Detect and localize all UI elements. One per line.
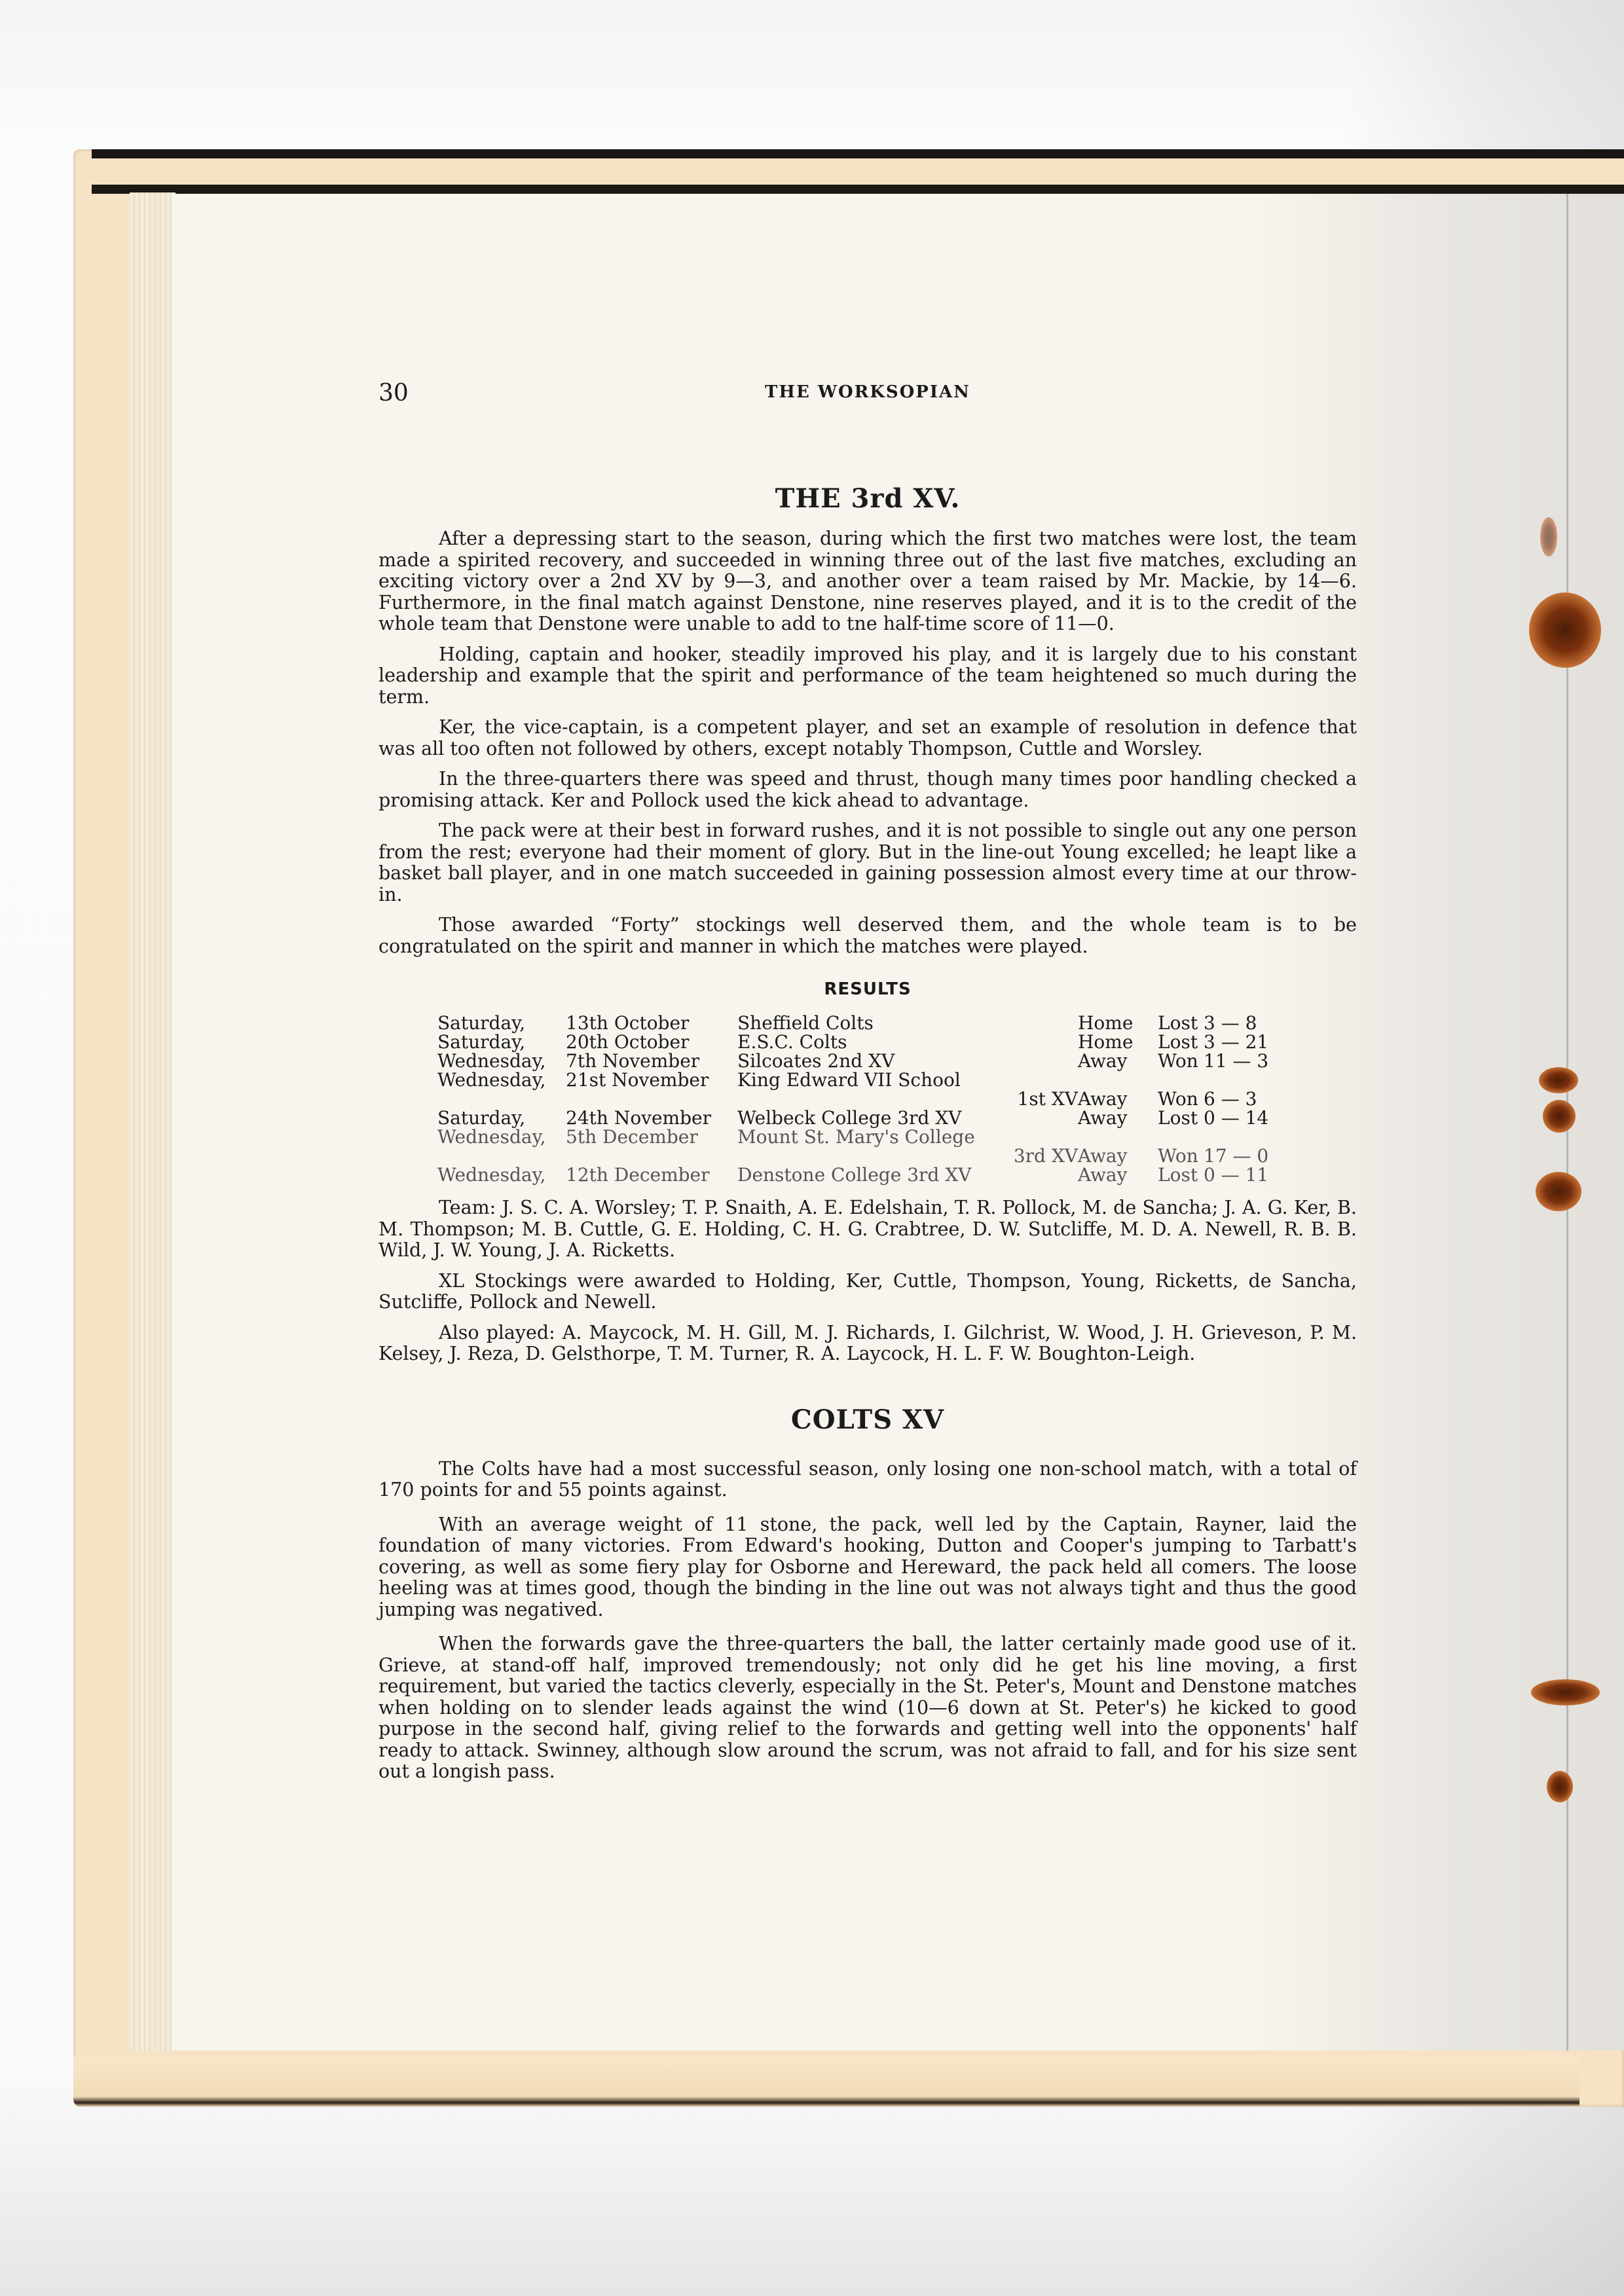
match-day: Saturday,	[437, 1108, 566, 1127]
paragraph: When the forwards gave the three-quarter…	[378, 1633, 1357, 1783]
match-date: 24th November	[566, 1108, 737, 1127]
opponent-team-level: 3rd XV	[737, 1146, 1078, 1165]
paragraph: With an average weight of 11 stone, the …	[378, 1514, 1357, 1621]
venue: Away	[1078, 1070, 1158, 1108]
results-table: Saturday, 13th October Sheffield Colts H…	[437, 1013, 1282, 1184]
match-day: Saturday,	[437, 1013, 566, 1032]
result: Won	[1158, 1070, 1204, 1108]
page-content: 30 THE WORKSOPIAN THE 3rd XV. After a de…	[378, 380, 1357, 1796]
score: 3 — 21	[1204, 1032, 1282, 1051]
colts-xv-section: COLTS XV The Colts have had a most succe…	[378, 1404, 1357, 1783]
score: 3 — 8	[1204, 1013, 1282, 1032]
rust-stain	[1547, 1771, 1573, 1802]
opponent: E.S.C. Colts	[737, 1032, 1078, 1051]
table-row: Wednesday, 12th December Denstone Colleg…	[437, 1165, 1282, 1184]
opponent-team-level: 1st XV	[737, 1089, 1078, 1108]
result: Won	[1158, 1127, 1204, 1165]
opponent-name: Mount St. Mary's College	[737, 1126, 975, 1148]
rust-stain	[1529, 592, 1601, 668]
opponent-name: Denstone College 3rd XV	[737, 1164, 971, 1186]
paragraph: After a depressing start to the season, …	[378, 528, 1357, 635]
score: 0 — 11	[1204, 1165, 1282, 1184]
team-list: Team: J. S. C. A. Worsley; T. P. Snaith,…	[378, 1197, 1357, 1262]
venue: Home	[1078, 1013, 1158, 1032]
match-date: 7th November	[566, 1051, 737, 1070]
score: 17 — 0	[1204, 1127, 1282, 1165]
running-head: 30 THE WORKSOPIAN	[378, 380, 1357, 406]
third-xv-section: THE 3rd XV. After a depressing start to …	[378, 483, 1357, 1365]
results-heading: RESULTS	[378, 979, 1357, 999]
venue: Away	[1078, 1108, 1158, 1127]
table-row: Wednesday, 5th December Mount St. Mary's…	[437, 1127, 1282, 1165]
score: 11 — 3	[1204, 1051, 1282, 1070]
match-day: Wednesday,	[437, 1165, 566, 1184]
opponent-name: King Edward VII School	[737, 1069, 961, 1091]
opponent: Silcoates 2nd XV	[737, 1051, 1078, 1070]
table-row: Wednesday, 7th November Silcoates 2nd XV…	[437, 1051, 1282, 1070]
opponent: Denstone College 3rd XV	[737, 1165, 1078, 1184]
result: Lost	[1158, 1165, 1204, 1184]
venue: Away	[1078, 1051, 1158, 1070]
opponent: King Edward VII School 1st XV	[737, 1070, 1078, 1108]
venue: Home	[1078, 1032, 1158, 1051]
rust-stain	[1531, 1679, 1600, 1705]
score: 0 — 14	[1204, 1108, 1282, 1127]
also-played: Also played: A. Maycock, M. H. Gill, M. …	[378, 1322, 1357, 1365]
match-date: 13th October	[566, 1013, 737, 1032]
table-row: Wednesday, 21st November King Edward VII…	[437, 1070, 1282, 1108]
paragraph: The Colts have had a most successful sea…	[378, 1459, 1357, 1501]
venue: Away	[1078, 1165, 1158, 1184]
table-row: Saturday, 13th October Sheffield Colts H…	[437, 1013, 1282, 1032]
journal-title: THE WORKSOPIAN	[378, 382, 1357, 402]
result: Lost	[1158, 1108, 1204, 1127]
match-date: 21st November	[566, 1070, 737, 1108]
cover-top-edge	[92, 149, 1624, 194]
paragraph: In the three-quarters there was speed an…	[378, 769, 1357, 811]
score: 6 — 3	[1204, 1070, 1282, 1108]
rust-stain	[1539, 1067, 1578, 1093]
result: Lost	[1158, 1013, 1204, 1032]
paragraph: Those awarded “Forty” stockings well des…	[378, 915, 1357, 957]
rust-stain	[1540, 517, 1557, 556]
opponent: Mount St. Mary's College 3rd XV	[737, 1127, 1078, 1165]
match-day: Wednesday,	[437, 1127, 566, 1165]
match-date: 20th October	[566, 1032, 737, 1051]
cover-bottom-edge	[73, 2056, 1579, 2107]
section-title-colts-xv: COLTS XV	[378, 1404, 1357, 1435]
rust-stain	[1536, 1172, 1581, 1211]
rust-stain	[1543, 1100, 1576, 1133]
opponent: Welbeck College 3rd XV	[737, 1108, 1078, 1127]
page-edges	[130, 192, 175, 2050]
opponent: Sheffield Colts	[737, 1013, 1078, 1032]
result: Lost	[1158, 1032, 1204, 1051]
paragraph: The pack were at their best in forward r…	[378, 820, 1357, 905]
paragraph: Ker, the vice-captain, is a competent pl…	[378, 717, 1357, 759]
result: Won	[1158, 1051, 1204, 1070]
venue: Away	[1078, 1127, 1158, 1165]
match-date: 12th December	[566, 1165, 737, 1184]
match-day: Wednesday,	[437, 1051, 566, 1070]
paragraph: Holding, captain and hooker, steadily im…	[378, 644, 1357, 708]
table-row: Saturday, 20th October E.S.C. Colts Home…	[437, 1032, 1282, 1051]
stockings-awarded: XL Stockings were awarded to Holding, Ke…	[378, 1271, 1357, 1313]
match-day: Saturday,	[437, 1032, 566, 1051]
match-day: Wednesday,	[437, 1070, 566, 1108]
section-title-third-xv: THE 3rd XV.	[378, 483, 1357, 514]
match-date: 5th December	[566, 1127, 737, 1165]
table-row: Saturday, 24th November Welbeck College …	[437, 1108, 1282, 1127]
